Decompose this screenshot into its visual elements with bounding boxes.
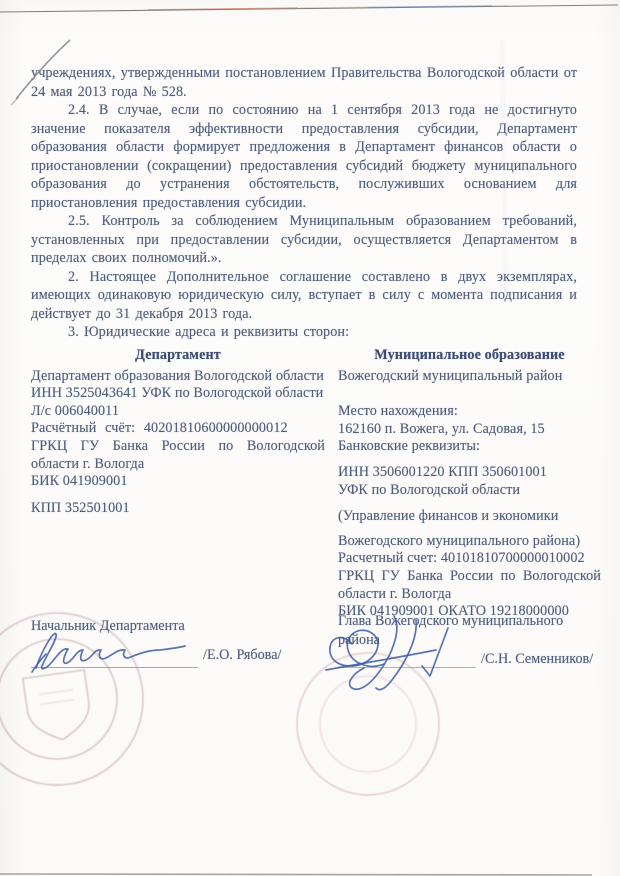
department-column-header: Департамент bbox=[31, 347, 325, 365]
municipality-address-line: 162160 п. Вожега, ул. Садовая, 15 bbox=[338, 421, 601, 439]
municipality-bank-line: ГРКЦ ГУ Банка России по Вологодской обла… bbox=[338, 568, 601, 603]
municipality-location-label: Место нахождения: bbox=[338, 403, 601, 421]
signature-line-municipality bbox=[338, 667, 476, 668]
clause-2-4: 2.4. В случае, если по состоянию на 1 се… bbox=[31, 101, 577, 212]
signature-line-department bbox=[31, 667, 198, 668]
department-settlement-account-line: Расчётный счёт: 40201810600000000012 bbox=[31, 420, 325, 438]
corner-pen-mark-tick bbox=[11, 97, 19, 105]
scan-edge-yellow-fringe bbox=[300, 7, 368, 8]
clause-2-5: 2.5. Контроль за соблюдением Муниципальн… bbox=[31, 212, 577, 268]
department-name-line: Департамент образования Вологодской обла… bbox=[31, 368, 325, 386]
round-seal-right bbox=[292, 648, 444, 800]
municipality-finance-office-line-1: (Управление финансов и экономики bbox=[338, 508, 601, 526]
signature-block-department: Начальник Департамента /Е.О. Рябова/ bbox=[31, 617, 331, 668]
municipality-ufk-line: УФК по Вологодской области bbox=[338, 482, 601, 500]
signature-row-municipality: /С.Н. Семенников/ bbox=[338, 649, 583, 668]
seal-right-graphic bbox=[292, 648, 444, 800]
signature-block-municipality: Глава Вожегодского муниципального района… bbox=[338, 612, 583, 668]
clause-3-requisites-heading: 3. Юридические адреса и реквизиты сторон… bbox=[31, 323, 577, 342]
municipality-requisites-column: Муниципальное образование Вожегодский му… bbox=[338, 347, 601, 621]
department-bik-line: БИК 041909001 bbox=[31, 473, 325, 491]
signer-title-municipality: Глава Вожегодского муниципального района bbox=[338, 612, 583, 649]
agreement-text: учреждениях, утвержденными постановление… bbox=[31, 64, 577, 342]
scan-edge-red-fringe bbox=[148, 8, 298, 10]
department-personal-account-line: Л/с 006040011 bbox=[31, 403, 325, 421]
municipality-finance-office-line-2: Вожегодского муниципального района) bbox=[338, 533, 601, 551]
paragraph-continuation: учреждениях, утвержденными постановление… bbox=[31, 64, 577, 101]
signer-name-department: /Е.О. Рябова/ bbox=[203, 646, 281, 665]
signature-row-department: /Е.О. Рябова/ bbox=[31, 636, 331, 668]
department-inn-line: ИНН 3525043641 УФК по Вологодской област… bbox=[31, 385, 325, 403]
scan-edge-blue-fringe bbox=[368, 6, 492, 7]
department-kpp-line: КПП 352501001 bbox=[31, 500, 325, 518]
municipality-bank-requisites-label: Банковские реквизиты: bbox=[338, 438, 601, 456]
scanned-document-page: учреждениях, утвержденными постановление… bbox=[0, 0, 620, 876]
municipality-name-line: Вожегодский муниципальный район bbox=[338, 368, 601, 386]
municipality-settlement-account-line: Расчетный счет: 40101810700000010002 bbox=[338, 550, 601, 568]
scan-edge-bottom bbox=[0, 874, 592, 875]
department-requisites-column: Департамент Департамент образования Воло… bbox=[31, 347, 325, 517]
signer-title-department: Начальник Департамента bbox=[31, 617, 331, 636]
scan-edge-top bbox=[0, 5, 618, 12]
signer-name-municipality: /С.Н. Семенников/ bbox=[481, 650, 593, 669]
department-bank-line: ГРКЦ ГУ Банка России по Вологодской обла… bbox=[31, 438, 325, 473]
municipality-column-header: Муниципальное образование bbox=[338, 347, 601, 365]
municipality-inn-kpp-line: ИНН 3506001220 КПП 350601001 bbox=[338, 464, 601, 482]
clause-2: 2. Настоящее Дополнительное соглашение с… bbox=[31, 268, 577, 324]
